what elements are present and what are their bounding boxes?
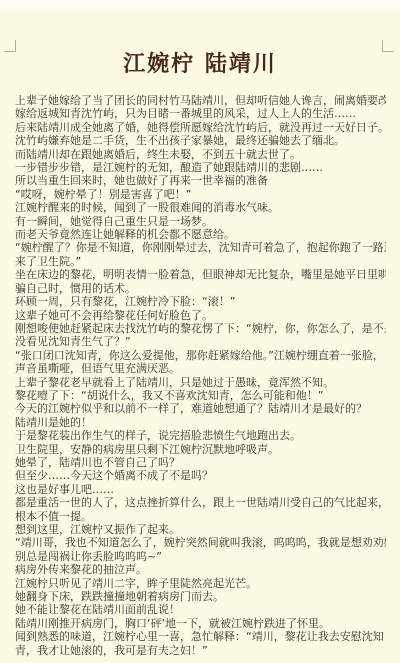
text-line: 病房外传来黎花的抽泣声。: [15, 563, 386, 576]
text-line: 上辈子黎花老早就看上了陆靖川，只是她过于愚昧，竟浑然不知。: [15, 376, 386, 389]
document-body: 上辈子她嫁给了当了团长的同村竹马陆靖川，但却听信她人谗言，闹离婚要改嫁给返城知青…: [0, 94, 400, 657]
text-line: 于是黎花装出作生气的样子，说完捂脸悲愤生气地跑出去。: [15, 429, 386, 442]
text-boundary-corner-right: [382, 40, 394, 52]
text-line: 而陆靖川却在跟她离婚后，终生未娶，不到五十就去世了。: [15, 148, 386, 161]
text-line: 都是重活一世的人了，这点挫折算什么，跟上一世陆靖川受自己的气比起来，: [15, 496, 386, 509]
text-line: 嫁给返城知青沈竹屿，只为目睹一番城里的风采，过人上人的生活……: [15, 107, 386, 120]
text-line: 上辈子她嫁给了当了团长的同村竹马陆靖川，但却听信她人谗言，闹离婚要改: [15, 94, 386, 107]
text-line: 刚想唆使她赶紧起床去找沈竹屿的黎花愣了下：“婉柠，你，你怎么了，是不是: [15, 322, 386, 335]
text-line: 一步错步步错，是江婉柠的无知，酿造了她跟陆靖川的悲剧……: [15, 161, 386, 174]
text-line: 沈竹屿嫌弃她是二手货，生不出孩子家暴她，最终还骗她去了缅北。: [15, 134, 386, 147]
text-line: 她晕了，陆靖川也不管自己了吗？: [15, 456, 386, 469]
text-line: 她不能让黎花在陆靖川面前乱说！: [15, 603, 386, 616]
text-line: 后来陆靖川成全她离了婚，她得偿所愿嫁给沈竹屿后，就没再过一天好日子。: [15, 121, 386, 134]
text-line: 青，我才让她滚的，我可是有夫之妇！”: [15, 644, 386, 657]
text-line: 陆靖川刚推开病房门，胸口‘砰’地一下，就被江婉柠跌进了怀里。: [15, 617, 386, 630]
text-line: “张口闭口沈知青，你这么爱提他，那你赶紧嫁给他。”江婉柠绷直着一张脸，: [15, 349, 386, 362]
text-line: 闻到熟悉的味道，江婉柠心里一喜，急忙解释：“靖川，黎花让我去安慰沈知: [15, 630, 386, 643]
text-line: 有一瞬间，她觉得自己重生只是一场梦。: [15, 215, 386, 228]
text-line: 她翻身下床，跌跌撞撞地朝着病房门而去。: [15, 590, 386, 603]
text-line: 江婉柠醒来的时候，闻到了一股很难闻的消毒水气味。: [15, 201, 386, 214]
text-line: 环顾一周，只有黎花，江婉柠冷下脸：“滚！”: [15, 295, 386, 308]
text-line: 但至少……今天这个婚离不成了不是吗？: [15, 469, 386, 482]
text-line: 今天的江婉柠似乎和以前不一样了，难道她想通了？陆靖川才是最好的？: [15, 402, 386, 415]
page-top-strip: [0, 0, 400, 16]
text-line: 黎花噎了下：“胡说什么，我又不喜欢沈知青，怎么可能和他！”: [15, 389, 386, 402]
text-line: “哎呀，婉柠晕了！别是害喜了吧！”: [15, 188, 386, 201]
text-line: 坐在床边的黎花，明明表情一脸着急，但眼神却无比复杂，嘴里是她平日里哄: [15, 268, 386, 281]
text-line: 而老天爷竟然连让她解释的机会都不愿意给。: [15, 228, 386, 241]
text-line: 陆靖川是她的！: [15, 416, 386, 429]
text-line: 卫生院里，安静的病房里只剩下江婉柠沉默地呼吸声。: [15, 443, 386, 456]
text-line: 这辈子她可不会再给黎花任何好脸色了。: [15, 309, 386, 322]
text-line: 根本不值一提。: [15, 510, 386, 523]
text-line: “婉柠醒了？你是不知道，你刚刚晕过去，沈知青可着急了，抱起你跑了一路送: [15, 241, 386, 254]
text-line: 江婉柠只听见了靖川二字，眸子里陡然亮起光芒。: [15, 577, 386, 590]
text-line: “靖川哥，我也不知道怎么了，婉柠突然间就叫我滚，呜呜呜，我就是想劝劝她: [15, 536, 386, 549]
text-line: 来了卫生院。”: [15, 255, 386, 268]
text-boundary-corner-left: [4, 40, 16, 52]
document-page[interactable]: 江婉柠 陆靖川 上辈子她嫁给了当了团长的同村竹马陆靖川，但却听信她人谗言，闹离婚…: [0, 0, 400, 663]
text-line: 声音虽嘶哑，但语气里充满厌恶。: [15, 362, 386, 375]
text-line: 想到这里，江婉柠又振作了起来。: [15, 523, 386, 536]
document-title: 江婉柠 陆靖川: [0, 51, 400, 79]
text-line: 所以当重生回来时，她也做好了再来一世幸福的准备: [15, 174, 386, 187]
text-line: 这也是好事儿吧……: [15, 483, 386, 496]
text-line: 没看见沈知青生气了？”: [15, 335, 386, 348]
text-line: 骗自己时，惯用的话术。: [15, 282, 386, 295]
text-line: 别总是闯祸让你丢脸呜呜呜~”: [15, 550, 386, 563]
